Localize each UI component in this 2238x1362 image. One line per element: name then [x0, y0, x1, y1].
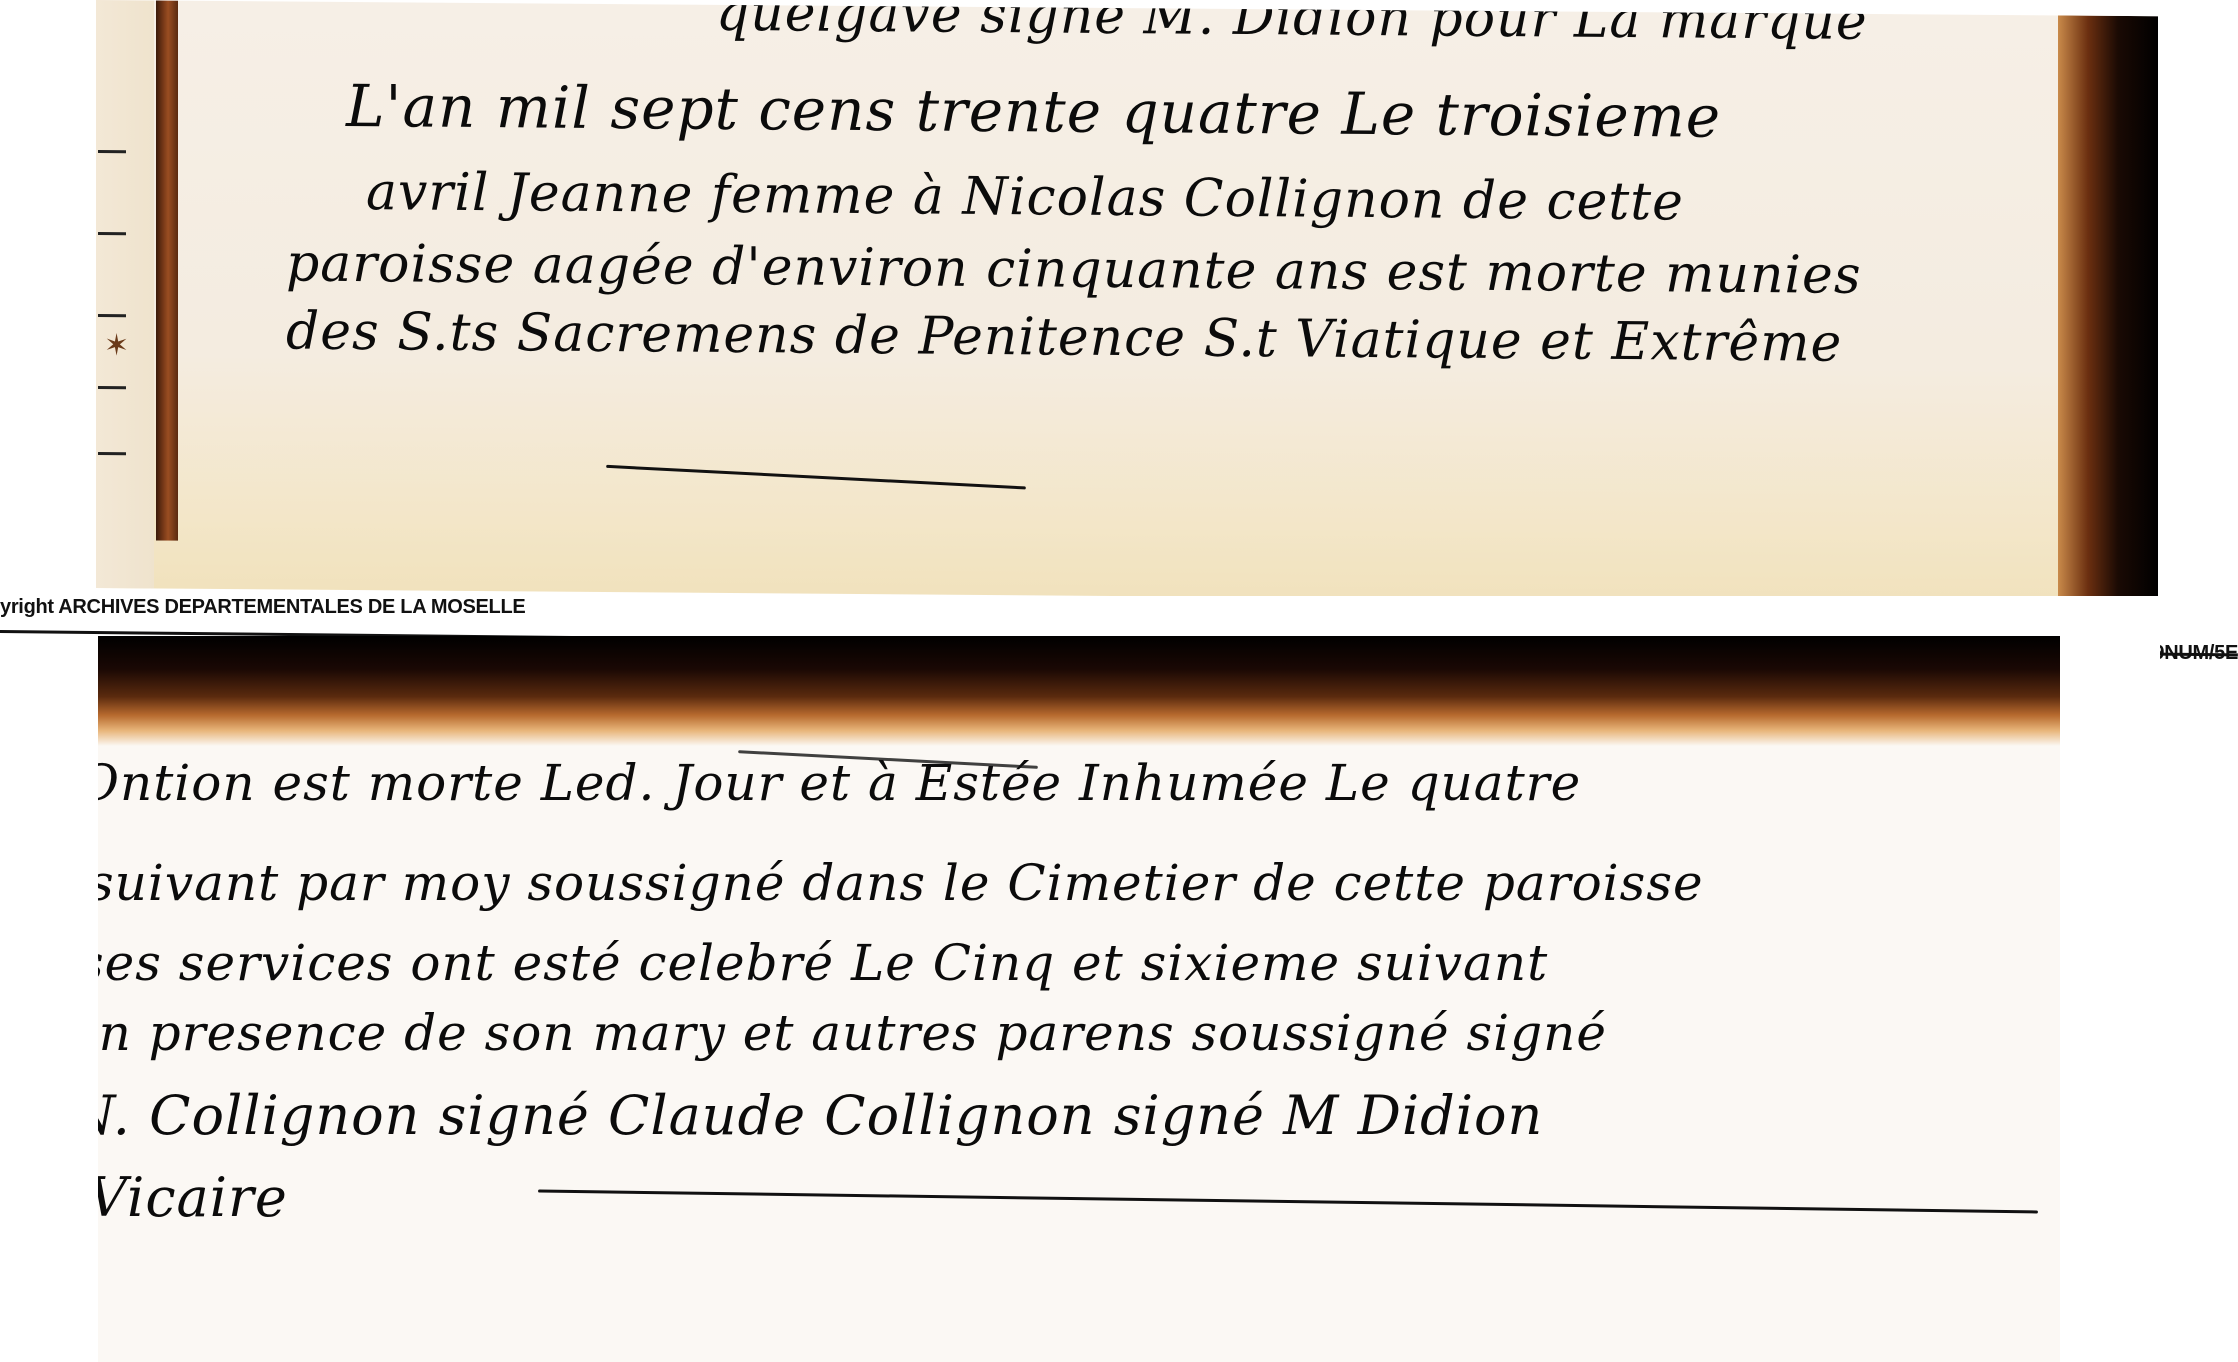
page-binding [156, 0, 178, 540]
handwritten-line: L'an mil sept cens trente quatre Le troi… [346, 72, 1721, 151]
handwritten-line: paroisse aagée d'environ cinquante ans e… [286, 233, 1862, 305]
margin-tick [98, 232, 126, 235]
register-page-top: ✶ quelgave signé M. Didion pour La marqu… [96, 0, 2158, 604]
margin-tick [98, 314, 126, 317]
handwritten-line: quelgave signé M. Didion pour La marque [716, 0, 1868, 52]
page-right-margin [2060, 636, 2160, 1362]
handwritten-line: Ontion est morte Led. Jour et à Estée In… [98, 754, 1581, 812]
handwritten-line: avril Jeanne femme à Nicolas Collignon d… [366, 162, 1684, 232]
handwritten-line: en presence de son mary et autres parens… [98, 1004, 1607, 1062]
copyright-notice: yright ARCHIVES DEPARTEMENTALES DE LA MO… [0, 596, 525, 619]
margin-tick [98, 150, 126, 153]
handwritten-line: ses services ont esté celebré Le Cinq et… [98, 934, 1548, 992]
register-page-bottom: Ontion est morte Led. Jour et à Estée In… [98, 636, 2160, 1362]
margin-tick [98, 452, 126, 455]
handwritten-line: des S.ts Sacremens de Penitence S.t Viat… [286, 301, 1842, 373]
flourish-line [606, 465, 1026, 490]
document-scan: ✶ quelgave signé M. Didion pour La marqu… [0, 0, 2238, 1362]
star-mark-icon: ✶ [104, 328, 129, 363]
flourish-line [538, 1190, 2038, 1214]
page-top-shadow [98, 636, 2160, 746]
page-margin [96, 0, 154, 588]
handwritten-line: suivant par moy soussigné dans le Cimeti… [98, 854, 1704, 912]
margin-tick [98, 386, 126, 389]
handwritten-signature-line: N. Collignon signé Claude Collignon sign… [98, 1084, 1543, 1147]
page-edge-shadow [2058, 15, 2158, 604]
handwritten-line: Vicaire [98, 1166, 288, 1229]
